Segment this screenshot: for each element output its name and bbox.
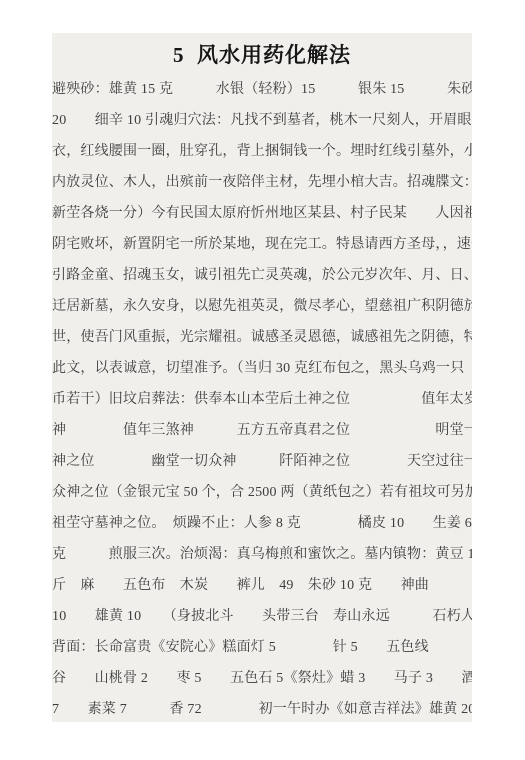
text-line: 迁居新墓，永久安身，以慰先祖英灵，微尽孝心，望慈祖广积阴德於后 — [52, 291, 472, 322]
document-viewport: 5 风水用药化解法 避殃砂：雄黄 15 克 水银（轻粉）15 银朱 15 朱砂 … — [0, 0, 525, 760]
text-line: 背面：长命富贵《安院心》糕面灯 5 针 5 五色线 五 — [52, 632, 472, 663]
text-line: 引路金童、招魂玉女，诚引祖先亡灵英魂，於公元岁次年、月、日、时 — [52, 260, 472, 291]
text-line: 谷 山桃骨 2 枣 5 五色石 5《祭灶》蜡 3 马子 3 酒 — [52, 663, 472, 694]
text-line: 避殃砂：雄黄 15 克 水银（轻粉）15 银朱 15 朱砂 — [52, 74, 472, 105]
text-line: 神 值年三煞神 五方五帝真君之位 明堂一切众 — [52, 415, 472, 446]
text-line: 斤 麻 五色布 木炭 裤儿 49 朱砂 10 克 神曲 — [52, 570, 472, 601]
text-line: 7 素菜 7 香 72 初一午时办《如意吉祥法》雄黄 20 — [52, 694, 472, 725]
page-title: 5 风水用药化解法 — [52, 38, 472, 74]
text-line: 阴宅败坏，新置阴宅一所於某地，现在完工。特恳请西方圣母，，速令 — [52, 229, 472, 260]
text-line: 币若干）旧坟启葬法：供奉本山本茔后土神之位 值年太岁 — [52, 384, 472, 415]
text-line: 神之位 幽堂一切众神 阡陌神之位 天空过往一切 — [52, 446, 472, 477]
text-line: 衣，红线腰围一圈，肚穿孔，背上捆铜钱一个。埋时红线引墓外，小棺 — [52, 136, 472, 167]
text-line: 20 细辛 10 引魂归穴法：凡找不到墓者，桃木一尺刻人，开眉眼穿 — [52, 105, 472, 136]
text-line: 众神之位（金银元宝 50 个，合 2500 两（黄纸包之）若有祖坟可另加： — [52, 477, 472, 508]
document-page: 5 风水用药化解法 避殃砂：雄黄 15 克 水银（轻粉）15 银朱 15 朱砂 … — [52, 33, 472, 722]
text-line: 世，使吾门风重振，光宗耀祖。诚感圣灵恩德，诚感祖先之阴德，特敕 — [52, 322, 472, 353]
text-line: 内放灵位、木人，出殡前一夜陪伴主材，先埋小棺大吉。招魂牒文：（祖、 — [52, 167, 472, 198]
text-line: 克 煎服三次。治烦渴：真乌梅煎和蜜饮之。墓内镇物：黄豆 1 — [52, 539, 472, 570]
text-line: 新茔各烧一分）今有民国太原府忻州地区某县、村子民某 人因祖上 — [52, 198, 472, 229]
text-line: 10 雄黄 10 （身披北斗 头带三台 寿山永远 石朽人来） — [52, 601, 472, 632]
document-body: 避殃砂：雄黄 15 克 水银（轻粉）15 银朱 15 朱砂 20 细辛 10 引… — [52, 74, 472, 725]
text-line: 此文，以表诚意，切望准予。（当归 30 克红布包之，黑头乌鸡一只 铜 — [52, 353, 472, 384]
text-line: 祖茔守墓神之位。 烦躁不止：人参 8 克 橘皮 10 生姜 6 — [52, 508, 472, 539]
